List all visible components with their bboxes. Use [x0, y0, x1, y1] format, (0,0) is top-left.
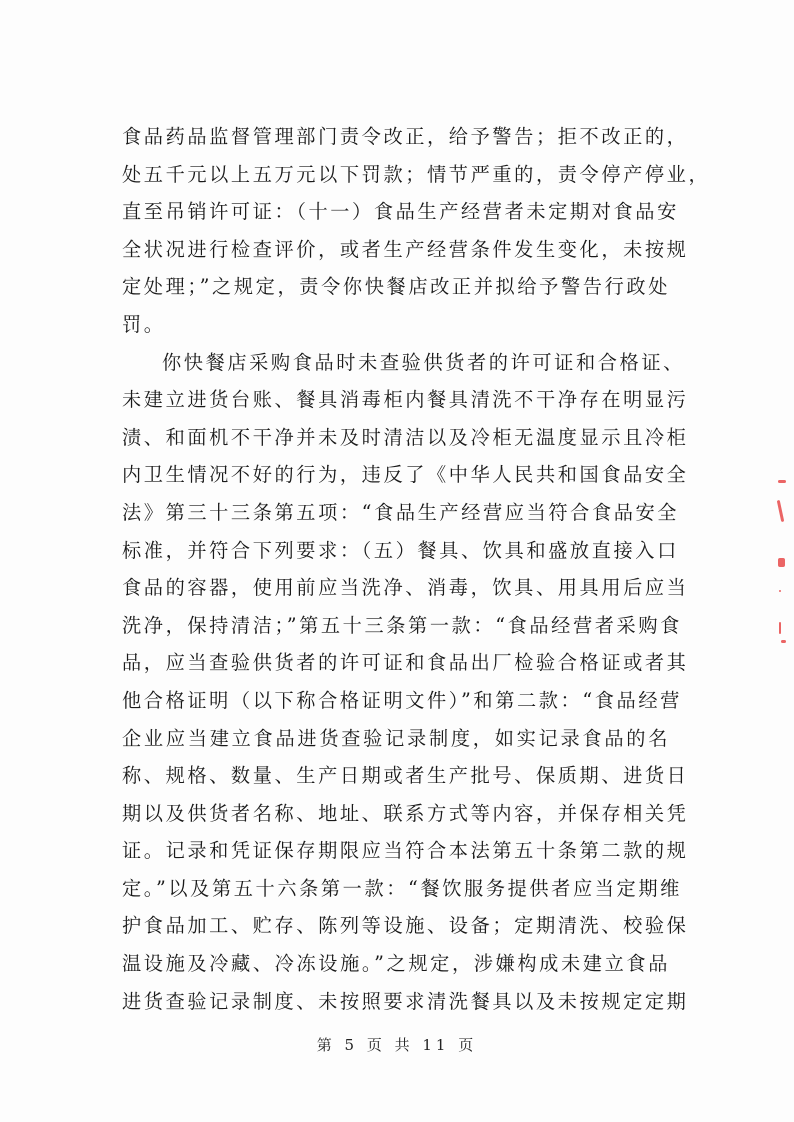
text-line: 食品药品监督管理部门责令改正，给予警告；拒不改正的，: [122, 118, 670, 156]
document-body: 食品药品监督管理部门责令改正，给予警告；拒不改正的， 处五千元以上五万元以下罚款…: [122, 118, 670, 1020]
text-line: 未建立进货台账、餐具消毒柜内餐具清洗不干净存在明显污: [122, 381, 670, 419]
text-line: 渍、和面机不干净并未及时清洁以及冷柜无温度显示且冷柜: [122, 419, 670, 457]
text-line: 直至吊销许可证：（十一）食品生产经营者未定期对食品安: [122, 193, 670, 231]
page-number-footer: 第 5 页 共 11 页: [0, 1034, 794, 1055]
document-page: 食品药品监督管理部门责令改正，给予警告；拒不改正的， 处五千元以上五万元以下罚款…: [0, 0, 794, 1122]
text-line: 标准，并符合下列要求：（五）餐具、饮具和盛放直接入口: [122, 532, 670, 570]
text-line: 食品的容器，使用前应当洗净、消毒，饮具、用具用后应当: [122, 569, 670, 607]
text-line: 内卫生情况不好的行为，违反了《中华人民共和国食品安全: [122, 456, 670, 494]
text-line: 罚。: [122, 306, 670, 344]
text-line: 称、规格、数量、生产日期或者生产批号、保质期、进货日: [122, 757, 670, 795]
official-seal-stamp-edge: [778, 480, 794, 680]
text-line: 期以及供货者名称、地址、联系方式等内容，并保存相关凭: [122, 795, 670, 833]
text-line: 定。”以及第五十六条第一款：“餐饮服务提供者应当定期维: [122, 870, 670, 908]
text-line: 他合格证明（以下称合格证明文件）”和第二款：“食品经营: [122, 682, 670, 720]
text-line: 处五千元以上五万元以下罚款；情节严重的，责令停产停业，: [122, 156, 670, 194]
text-line: 进货查验记录制度、未按照要求清洗餐具以及未按规定定期: [122, 983, 670, 1021]
text-line: 证。记录和凭证保存期限应当符合本法第五十条第二款的规: [122, 832, 670, 870]
text-line: 全状况进行检查评价，或者生产经营条件发生变化，未按规: [122, 231, 670, 269]
text-line: 你快餐店采购食品时未查验供货者的许可证和合格证、: [122, 344, 670, 382]
text-line: 品，应当查验供货者的许可证和食品出厂检验合格证或者其: [122, 644, 670, 682]
text-line: 温设施及冷藏、冷冻设施。”之规定，涉嫌构成未建立食品: [122, 945, 670, 983]
text-line: 企业应当建立食品进货查验记录制度，如实记录食品的名: [122, 720, 670, 758]
text-line: 定处理；”之规定，责令你快餐店改正并拟给予警告行政处: [122, 268, 670, 306]
text-line: 护食品加工、贮存、陈列等设施、设备；定期清洗、校验保: [122, 907, 670, 945]
text-line: 洗净，保持清洁；”第五十三条第一款：“食品经营者采购食: [122, 607, 670, 645]
text-line: 法》第三十三条第五项：“食品生产经营应当符合食品安全: [122, 494, 670, 532]
